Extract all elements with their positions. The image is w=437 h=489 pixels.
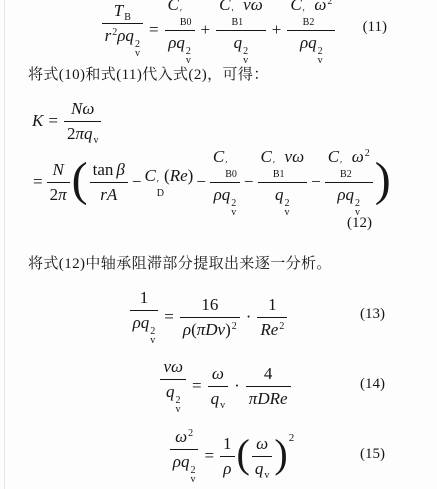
var-N-omega: Nω bbox=[71, 99, 94, 118]
frac-den: ρq2v bbox=[130, 310, 159, 346]
var-q: q bbox=[234, 33, 243, 52]
num-4: 4 bbox=[264, 364, 273, 383]
equals-sign: = bbox=[33, 172, 43, 192]
frac-den: ρq2v bbox=[287, 30, 335, 66]
num-1: 1 bbox=[268, 295, 277, 314]
var-rho: ρ bbox=[223, 459, 231, 478]
minus-sign: − bbox=[311, 172, 321, 192]
right-paren: ) bbox=[225, 320, 231, 339]
sub-B1: B1 bbox=[273, 170, 285, 180]
frac-den: 2π bbox=[47, 182, 70, 205]
sup-2: 2 bbox=[289, 432, 295, 444]
fn-tan: tan bbox=[93, 160, 114, 179]
eq-number-11: (11) bbox=[363, 19, 387, 36]
page-edge-line bbox=[4, 0, 5, 489]
eq-number-12: (12) bbox=[347, 215, 372, 232]
var-C: C bbox=[144, 166, 155, 185]
sub-B0: B0 bbox=[225, 170, 237, 180]
eq-number-14: (14) bbox=[360, 376, 385, 393]
sub-v: v bbox=[231, 208, 236, 218]
sub-v: v bbox=[93, 135, 98, 146]
var-C: C bbox=[261, 147, 272, 166]
var-nu-omega: νω bbox=[285, 147, 305, 166]
frac-num: C′B2ω2 bbox=[287, 0, 335, 30]
var-C: C bbox=[168, 0, 179, 14]
supsub: ′B2 bbox=[340, 161, 352, 180]
frac-num: 1 bbox=[220, 434, 235, 456]
equals-sign: = bbox=[164, 307, 174, 327]
sub-B2: B2 bbox=[303, 18, 315, 28]
frac-den: ρ bbox=[220, 456, 235, 479]
var-rho-q: ρq bbox=[168, 33, 185, 52]
supsub: ′B0 bbox=[180, 9, 192, 28]
var-piDRe: πDRe bbox=[249, 389, 288, 408]
sub-B1: B1 bbox=[231, 18, 243, 28]
var-r: r bbox=[105, 26, 112, 45]
frac-num: ω2 bbox=[172, 427, 196, 449]
fraction: 1 ρq2v bbox=[130, 288, 159, 346]
sup-2: 2 bbox=[188, 428, 193, 439]
supsub: 2v bbox=[285, 199, 290, 218]
num-1: 1 bbox=[223, 434, 232, 453]
fraction: ω qv bbox=[252, 434, 273, 478]
supsub: ′B1 bbox=[273, 161, 285, 180]
frac-num: 1 bbox=[137, 288, 152, 310]
minus-sign: − bbox=[132, 172, 142, 192]
sub-v: v bbox=[135, 49, 140, 59]
var-C: C bbox=[328, 147, 339, 166]
cdot-sign: · bbox=[234, 376, 240, 396]
frac-num: 1 bbox=[265, 295, 280, 317]
var-nu-omega: νω bbox=[163, 357, 183, 376]
sub-B2: B2 bbox=[340, 170, 352, 180]
frac-den: ρq2v bbox=[170, 449, 199, 485]
frac-num: tanβ bbox=[90, 160, 128, 182]
frac-den: 2πqv bbox=[64, 121, 102, 144]
supsub: ′B2 bbox=[303, 9, 315, 28]
frac-num: C′B1νω bbox=[216, 0, 266, 30]
fraction: νω q2v bbox=[160, 357, 186, 415]
var-K: K bbox=[32, 111, 43, 131]
var-rho-q: ρq bbox=[173, 452, 190, 471]
right-paren: ) bbox=[274, 434, 287, 474]
paragraph-1: 将式(10)和式(11)代入式(2)，可得： bbox=[28, 63, 269, 84]
eq-number-13: (13) bbox=[360, 306, 385, 323]
equals-sign: = bbox=[48, 111, 58, 131]
supsub: 2v bbox=[135, 40, 140, 59]
sub-v: v bbox=[150, 336, 155, 346]
supsub: 2v bbox=[176, 396, 181, 415]
sub-v: v bbox=[285, 208, 290, 218]
var-Re: Re bbox=[260, 320, 278, 339]
var-beta: β bbox=[116, 160, 124, 179]
frac-den: r2ρq2v bbox=[102, 23, 143, 59]
var-rho-q: ρq bbox=[337, 185, 354, 204]
frac-den: πDRe bbox=[246, 386, 291, 409]
eq-number-15: (15) bbox=[360, 446, 385, 463]
frac-num: νω bbox=[160, 357, 186, 379]
frac-den: Re2 bbox=[257, 317, 287, 340]
frac-num: ω bbox=[209, 364, 227, 386]
sub-v: v bbox=[318, 56, 323, 66]
fraction: C′B2ω2 ρq2v bbox=[325, 147, 373, 218]
var-rho-q: ρq bbox=[117, 26, 134, 45]
sup-2: 2 bbox=[279, 321, 284, 332]
frac-den: qv bbox=[208, 386, 229, 409]
var-C: C bbox=[219, 0, 230, 14]
var-rho-q: ρq bbox=[300, 33, 317, 52]
equation-K: K = Nω 2πqv bbox=[32, 95, 102, 147]
sub-B0: B0 bbox=[180, 18, 192, 28]
frac-den: q2v bbox=[216, 30, 266, 66]
supsub: 2v bbox=[190, 466, 195, 485]
frac-den: ρq2v bbox=[165, 30, 195, 66]
equals-sign: = bbox=[149, 20, 159, 40]
frac-den: qv bbox=[252, 456, 273, 479]
plus-sign: + bbox=[272, 20, 282, 40]
fraction: C′B0 ρq2v bbox=[210, 147, 240, 218]
sub-v: v bbox=[220, 400, 225, 411]
var-Re: Re bbox=[170, 166, 188, 185]
frac-num: C′B0 bbox=[165, 0, 195, 30]
equals-sign: = bbox=[204, 446, 214, 466]
var-omega: ω bbox=[175, 427, 187, 446]
var-rho-q: ρq bbox=[214, 185, 231, 204]
fraction: 1 Re2 bbox=[257, 295, 287, 339]
var-nu-omega: νω bbox=[243, 0, 263, 14]
sup-2: 2 bbox=[365, 148, 370, 159]
var-rho: ρ bbox=[183, 320, 191, 339]
fraction: Nω 2πqv bbox=[64, 99, 102, 143]
sub-v: v bbox=[264, 470, 269, 481]
sup-2: 2 bbox=[327, 0, 332, 7]
sub-v: v bbox=[190, 475, 195, 485]
sup-2: 2 bbox=[232, 321, 237, 332]
var-rA: rA bbox=[100, 185, 117, 204]
fraction: 1 ρ bbox=[220, 434, 235, 478]
fraction: C′B0 ρq2v bbox=[165, 0, 195, 66]
fraction: 4 πDRe bbox=[246, 364, 291, 408]
plus-sign: + bbox=[201, 20, 211, 40]
var-omega: ω bbox=[352, 147, 364, 166]
var-omega: ω bbox=[82, 99, 94, 118]
frac-den: rA bbox=[90, 182, 128, 205]
frac-num: Nω bbox=[68, 99, 97, 121]
frac-num: ω bbox=[253, 434, 271, 456]
frac-num: TB bbox=[111, 1, 134, 23]
supsub: 2v bbox=[318, 47, 323, 66]
supsub: ′B1 bbox=[231, 9, 243, 28]
fraction: tanβ rA bbox=[90, 160, 128, 204]
var-C: C bbox=[213, 147, 224, 166]
var-pi-q: πq bbox=[75, 124, 92, 143]
equation-12: = N 2π ( tanβ rA − C′D(Re) − C′B0 ρq2v −… bbox=[30, 147, 392, 217]
var-piDnu: πDν bbox=[197, 320, 225, 339]
var-q: q bbox=[211, 389, 220, 408]
fraction: ω qv bbox=[208, 364, 229, 408]
var-omega: ω bbox=[256, 434, 268, 453]
var-T: T bbox=[114, 1, 123, 20]
frac-den: q2v bbox=[258, 182, 308, 218]
var-q: q bbox=[255, 459, 264, 478]
var-q: q bbox=[275, 185, 284, 204]
supsub: 2v bbox=[231, 199, 236, 218]
equals-sign: = bbox=[192, 376, 202, 396]
fraction: N 2π bbox=[47, 160, 70, 204]
frac-den: ρ(πDν)2 bbox=[180, 317, 240, 340]
paragraph-2: 将式(12)中轴承阻滞部分提取出来逐一分析。 bbox=[28, 252, 332, 273]
var-omega: ω bbox=[314, 0, 326, 14]
frac-num: C′B1νω bbox=[258, 147, 308, 182]
frac-den: q2v bbox=[160, 379, 186, 415]
frac-num: 4 bbox=[261, 364, 276, 386]
supsub: 2v bbox=[150, 327, 155, 346]
var-N: N bbox=[52, 160, 63, 179]
left-paren: ( bbox=[72, 156, 88, 204]
minus-sign: − bbox=[244, 172, 254, 192]
fraction: TB r2ρq2v bbox=[102, 1, 143, 59]
document-page: TB r2ρq2v = C′B0 ρq2v + C′B1νω q2v + C′B… bbox=[0, 0, 437, 489]
sub-v: v bbox=[176, 405, 181, 415]
fraction: 16 ρ(πDν)2 bbox=[180, 295, 240, 339]
var-rho-q: ρq bbox=[133, 313, 150, 332]
term-CD-Re: C′D(Re) bbox=[144, 166, 193, 199]
var-C: C bbox=[290, 0, 301, 14]
frac-num: N bbox=[49, 160, 66, 182]
left-paren: ( bbox=[237, 434, 250, 474]
supsub: ′B0 bbox=[225, 161, 237, 180]
var-N: N bbox=[71, 99, 82, 118]
num-2: 2 bbox=[50, 185, 59, 204]
right-paren: ) bbox=[188, 166, 194, 185]
frac-den: ρq2v bbox=[325, 182, 373, 218]
var-q: q bbox=[166, 382, 175, 401]
minus-sign: − bbox=[196, 172, 206, 192]
num-1: 1 bbox=[140, 288, 149, 307]
sub-B: B bbox=[124, 12, 131, 23]
fraction: ω2 ρq2v bbox=[170, 427, 199, 485]
sub-D: D bbox=[157, 189, 164, 199]
frac-num: C′B0 bbox=[210, 147, 240, 182]
var-omega: ω bbox=[212, 364, 224, 383]
fraction: C′B2ω2 ρq2v bbox=[287, 0, 335, 66]
cdot-sign: · bbox=[246, 307, 252, 327]
num-16: 16 bbox=[201, 295, 218, 314]
fraction: C′B1νω q2v bbox=[258, 147, 308, 218]
supsub: ′D bbox=[157, 180, 164, 199]
var-pi: π bbox=[58, 185, 67, 204]
frac-den: ρq2v bbox=[210, 182, 240, 218]
right-paren: ) bbox=[375, 156, 391, 204]
fraction: C′B1νω q2v bbox=[216, 0, 266, 66]
frac-num: 16 bbox=[198, 295, 221, 317]
frac-num: C′B2ω2 bbox=[325, 147, 373, 182]
